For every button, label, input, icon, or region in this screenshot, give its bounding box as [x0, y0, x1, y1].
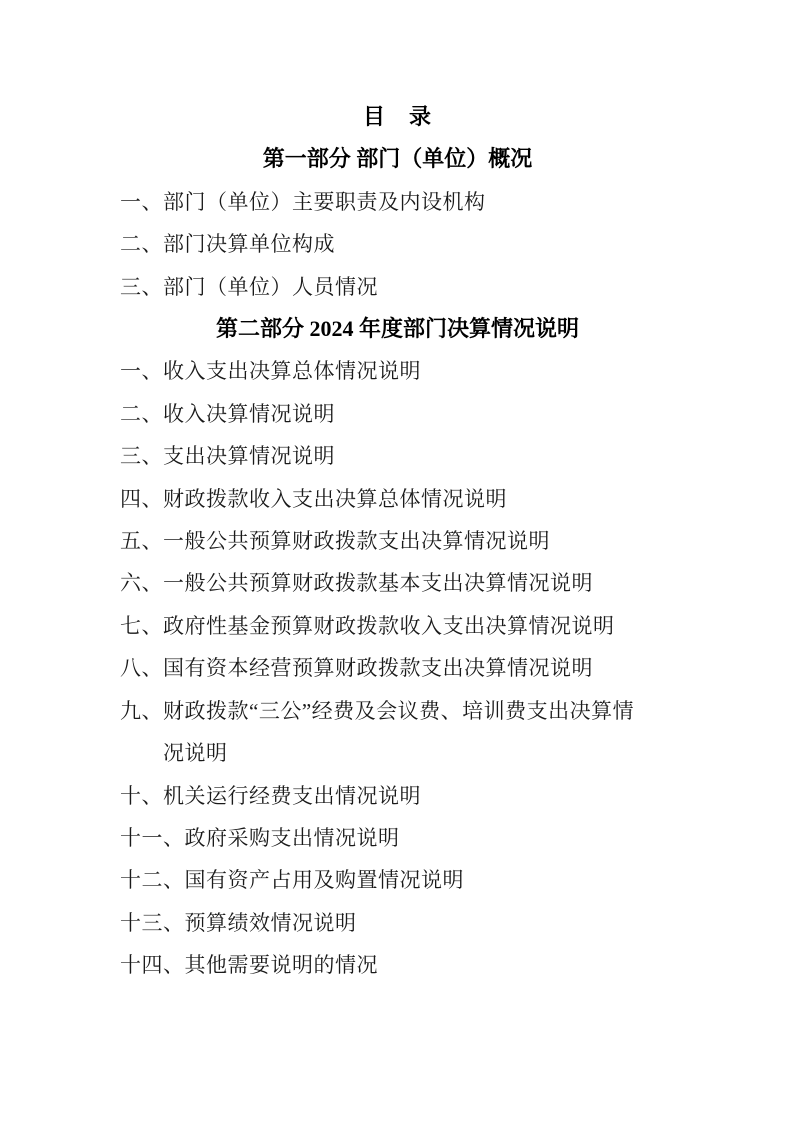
toc-sections: 第一部分 部门（单位）概况 一、部门（单位）主要职责及内设机构 二、部门决算单位…: [120, 138, 675, 986]
toc-entry-line: 十二、国有资产占用及购置情况说明: [120, 859, 675, 901]
toc-entry-line: 十、机关运行经费支出情况说明: [120, 775, 675, 817]
toc-entry: 八、国有资本经营预算财政拨款支出决算情况说明: [120, 647, 675, 689]
toc-entry: 十二、国有资产占用及购置情况说明: [120, 859, 675, 901]
toc-entry-line: 八、国有资本经营预算财政拨款支出决算情况说明: [120, 647, 675, 689]
toc-entry-line: 二、收入决算情况说明: [120, 393, 675, 435]
toc-entry: 三、部门（单位）人员情况: [120, 266, 675, 308]
page-title: 目 录: [120, 96, 675, 138]
toc-entry: 七、政府性基金预算财政拨款收入支出决算情况说明: [120, 605, 675, 647]
toc-entry-line: 六、一般公共预算财政拨款基本支出决算情况说明: [120, 562, 675, 604]
toc-entry-line: 五、一般公共预算财政拨款支出决算情况说明: [120, 520, 675, 562]
toc-entry-line: 四、财政拨款收入支出决算总体情况说明: [120, 478, 675, 520]
toc-entry-line: 一、收入支出决算总体情况说明: [120, 350, 675, 392]
toc-entry: 三、支出决算情况说明: [120, 435, 675, 477]
toc-entry: 一、收入支出决算总体情况说明: [120, 350, 675, 392]
toc-entry-line: 七、政府性基金预算财政拨款收入支出决算情况说明: [120, 605, 675, 647]
section-items: 一、收入支出决算总体情况说明 二、收入决算情况说明 三、支出决算情况说明 四、财…: [120, 350, 675, 986]
section-items: 一、部门（单位）主要职责及内设机构 二、部门决算单位构成 三、部门（单位）人员情…: [120, 181, 675, 308]
toc-entry-line: 九、财政拨款“三公”经费及会议费、培训费支出决算情: [120, 690, 675, 732]
toc-entry: 二、收入决算情况说明: [120, 393, 675, 435]
toc-entry-line: 三、部门（单位）人员情况: [120, 266, 675, 308]
toc-section-1: 第一部分 部门（单位）概况 一、部门（单位）主要职责及内设机构 二、部门决算单位…: [120, 138, 675, 308]
toc-entry-line: 三、支出决算情况说明: [120, 435, 675, 477]
toc-entry-line: 一、部门（单位）主要职责及内设机构: [120, 181, 675, 223]
section-heading: 第二部分 2024 年度部门决算情况说明: [120, 308, 675, 350]
toc-entry: 六、一般公共预算财政拨款基本支出决算情况说明: [120, 562, 675, 604]
toc-entry-line: 二、部门决算单位构成: [120, 223, 675, 265]
toc-entry: 九、财政拨款“三公”经费及会议费、培训费支出决算情况说明: [120, 690, 675, 775]
toc-entry-line: 十四、其他需要说明的情况: [120, 944, 675, 986]
toc-entry: 二、部门决算单位构成: [120, 223, 675, 265]
toc-entry: 四、财政拨款收入支出决算总体情况说明: [120, 478, 675, 520]
toc-page: 目 录 第一部分 部门（单位）概况 一、部门（单位）主要职责及内设机构 二、部门…: [0, 0, 793, 1122]
toc-entry: 十、机关运行经费支出情况说明: [120, 775, 675, 817]
toc-entry-line: 十一、政府采购支出情况说明: [120, 817, 675, 859]
toc-entry: 十三、预算绩效情况说明: [120, 902, 675, 944]
section-heading: 第一部分 部门（单位）概况: [120, 138, 675, 180]
toc-entry-line: 十三、预算绩效情况说明: [120, 902, 675, 944]
toc-section-2: 第二部分 2024 年度部门决算情况说明 一、收入支出决算总体情况说明 二、收入…: [120, 308, 675, 987]
toc-entry: 五、一般公共预算财政拨款支出决算情况说明: [120, 520, 675, 562]
toc-entry-line: 况说明: [120, 732, 675, 774]
toc-entry: 一、部门（单位）主要职责及内设机构: [120, 181, 675, 223]
toc-entry: 十一、政府采购支出情况说明: [120, 817, 675, 859]
toc-entry: 十四、其他需要说明的情况: [120, 944, 675, 986]
